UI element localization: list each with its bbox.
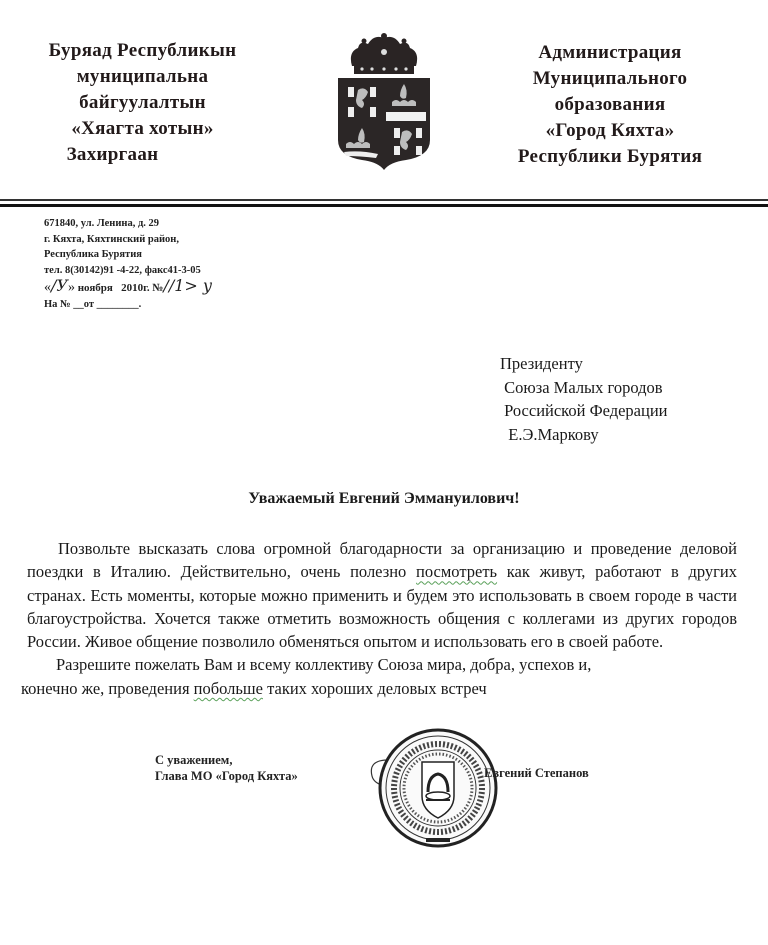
letterhead-right-line: «Город Кяхта» [490, 118, 730, 144]
letterhead-left-line: муниципальна [20, 64, 265, 90]
letterhead-russian: Администрация Муниципального образования… [490, 40, 730, 170]
letterhead-right-line: Муниципального [490, 66, 730, 92]
paragraph-text: таких хороших деловых встреч [263, 679, 487, 698]
signer-name: Евгений Степанов [484, 766, 589, 781]
addressee: Президенту Союза Малых городов Российско… [500, 352, 668, 446]
signature-block: С уважением, Глава МО «Город Кяхта» [155, 752, 298, 784]
letter-date: «/У» ноября 2010г. №//1> у [44, 278, 212, 297]
addressee-line: Российской Федерации [500, 399, 668, 423]
paragraph-gratitude: Позвольте высказать слова огромной благо… [27, 537, 737, 653]
paragraph-text: конечно же, проведения [21, 679, 194, 698]
letterhead-left-line: «Хяагта хотын» [20, 116, 265, 142]
salutation: Уважаемый Евгений Эммануилович! [0, 490, 768, 508]
header-divider-thick [0, 204, 768, 207]
signer-title: Глава МО «Город Кяхта» [155, 768, 298, 784]
letter-body: Позвольте высказать слова огромной благо… [27, 537, 737, 700]
address-city: г. Кяхта, Кяхтинский район, [44, 232, 212, 248]
official-seal-icon [366, 726, 500, 850]
spellcheck-word: побольше [194, 679, 263, 698]
letterhead-buryat: Буряад Республикын муниципальна байгуула… [20, 38, 265, 168]
addressee-line: Президенту [500, 352, 668, 376]
letterhead-right-line: Республики Бурятия [490, 144, 730, 170]
coat-of-arms-icon [330, 32, 438, 172]
letterhead-right-line: образования [490, 92, 730, 118]
letterhead-left-line: байгуулалтын [20, 90, 265, 116]
letterhead-left-line: Захиргаан [0, 142, 265, 168]
sender-address: 671840, ул. Ленина, д. 29 г. Кяхта, Кяхт… [44, 216, 212, 312]
header-divider-thin [0, 199, 768, 201]
reply-reference: На № __от ________. [44, 297, 212, 313]
date-month-year: ноября 2010г. № [75, 282, 163, 294]
address-region: Республика Бурятия [44, 247, 212, 263]
addressee-line: Е.Э.Маркову [500, 423, 668, 447]
closing: С уважением, [155, 752, 298, 768]
paragraph-wishes: Разрешите пожелать Вам и всему коллектив… [27, 653, 737, 676]
letterhead-right-line: Администрация [490, 40, 730, 66]
letter-number-handwritten: //1> у [163, 276, 212, 295]
addressee-line: Союза Малых городов [500, 376, 668, 400]
date-quote-close: » [68, 280, 75, 295]
paragraph-wishes-cont: конечно же, проведения побольше таких хо… [21, 677, 737, 700]
date-day-handwritten: /У [51, 276, 68, 295]
date-quote-open: « [44, 280, 51, 295]
address-street: 671840, ул. Ленина, д. 29 [44, 216, 212, 232]
letterhead-left-line: Буряад Республикын [20, 38, 265, 64]
spellcheck-word: посмотреть [416, 562, 497, 581]
